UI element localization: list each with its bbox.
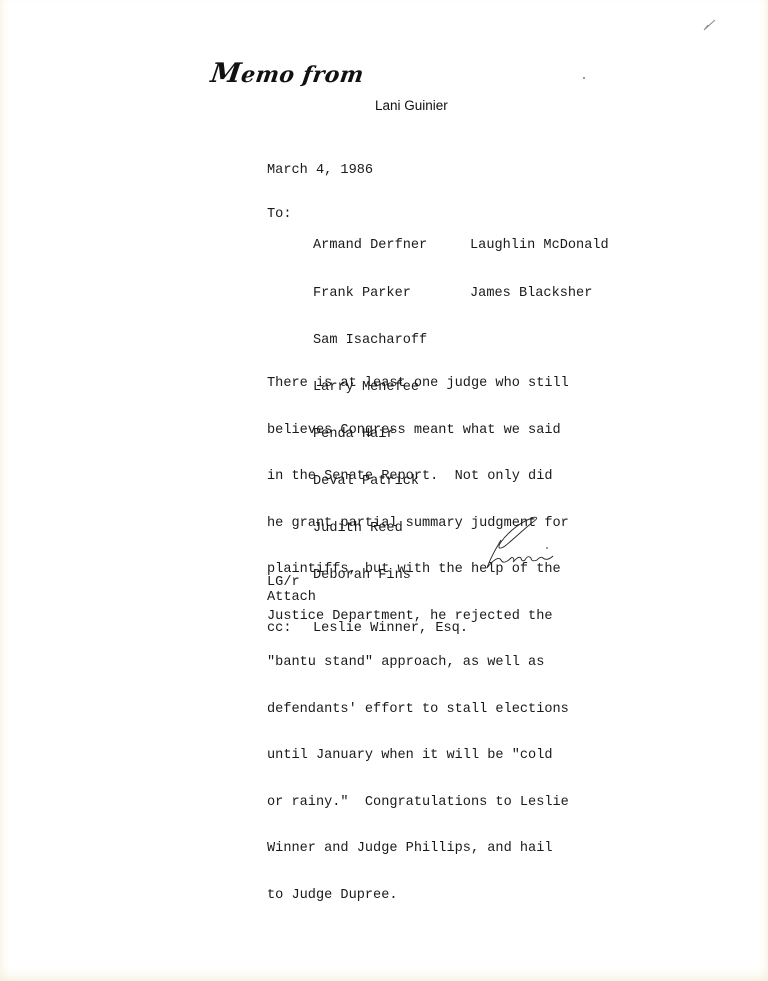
stray-mark <box>583 77 585 79</box>
to-label: To: <box>267 207 291 223</box>
handwritten-signature <box>483 510 573 575</box>
memo-date: March 4, 1986 <box>267 163 373 179</box>
cc-label: cc: <box>267 621 291 637</box>
body-line: to Judge Dupree. <box>267 888 569 903</box>
sender-name: Lani Guinier <box>375 98 448 113</box>
recipient: Laughlin McDonald <box>470 238 609 254</box>
body-line: Winner and Judge Phillips, and hail <box>267 841 569 856</box>
body-line: "bantu stand" approach, as well as <box>267 655 569 670</box>
check-mark-icon <box>703 18 717 32</box>
recipient: James Blacksher <box>470 286 609 302</box>
attachment-note: Attach <box>267 590 316 606</box>
body-line: until January when it will be "cold <box>267 748 569 763</box>
memo-heading-rest: emo from <box>239 62 365 88</box>
cc-recipient: Leslie Winner, Esq. <box>313 621 468 637</box>
recipient: Frank Parker <box>313 286 427 302</box>
typist-initials: LG/r <box>267 575 300 591</box>
body-line: in the Senate Report. Not only did <box>267 469 569 484</box>
body-line: believes Congress meant what we said <box>267 423 569 438</box>
recipients-column-2: Laughlin McDonald James Blacksher <box>470 207 609 317</box>
recipient: Armand Derfner <box>313 238 427 254</box>
body-line: defendants' effort to stall elections <box>267 702 569 717</box>
memo-from-heading: Memo from <box>209 58 366 89</box>
body-line: or rainy." Congratulations to Leslie <box>267 795 569 810</box>
body-line: There is at least one judge who still <box>267 376 569 391</box>
